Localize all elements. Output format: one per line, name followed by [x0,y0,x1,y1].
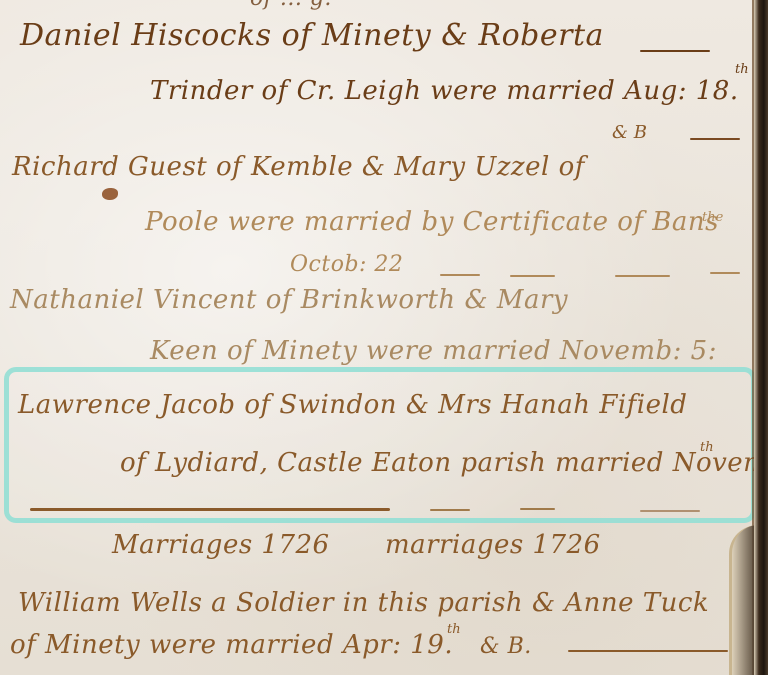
entry-5-line-1: William Wells a Soldier in this parish &… [18,588,709,618]
line-filler-rule [520,508,555,510]
line-filler-rule [615,275,670,277]
line-filler-rule [690,138,740,140]
entry-2-line-1: Richard Guest of Kemble & Mary Uzzel of [12,152,585,182]
entry-2-superscript: the [702,210,723,225]
entry-5-superscript: th [447,622,461,637]
section-heading-right: marriages 1726 [385,530,601,560]
line-filler-rule [510,275,555,277]
entry-4-line-2: of Lydiard, Castle Eaton parish married … [120,448,768,478]
line-filler-rule [640,510,700,512]
entry-2-line-3: Octob: 22 [290,252,403,277]
entry-2-line-2: Poole were married by Certificate of Ban… [145,207,719,237]
book-binding [754,0,768,675]
entry-3-line-2: Keen of Minety were married Novemb: 5: [150,336,717,366]
register-page: of ... g. Daniel Hiscocks of Minety & Ro… [0,0,768,675]
line-filler-rule [440,274,480,276]
entry-3-line-1: Nathaniel Vincent of Brinkworth & Mary [10,285,568,315]
line-filler-rule [430,509,470,511]
entry-1-superscript: th [735,62,749,77]
entry-separator-rule [30,508,390,511]
entry-4-line-1: Lawrence Jacob of Swindon & Mrs Hanah Fi… [18,390,687,420]
ink-blot [102,188,118,200]
section-heading-left: Marriages 1726 [112,530,330,560]
entry-5-mark: & B. [480,634,532,659]
line-filler-rule [640,50,710,52]
entry-1-line-1: Daniel Hiscocks of Minety & Roberta [20,18,604,53]
line-filler-rule [710,272,740,274]
entry-4-superscript: th [700,440,714,455]
line-filler-rule [568,650,728,652]
top-fragment: of ... g. [250,0,332,11]
entry-2-mark: & B [612,122,647,143]
entry-5-line-2: of Minety were married Apr: 19. [10,630,453,660]
entry-1-line-2: Trinder of Cr. Leigh were married Aug: 1… [150,76,739,106]
